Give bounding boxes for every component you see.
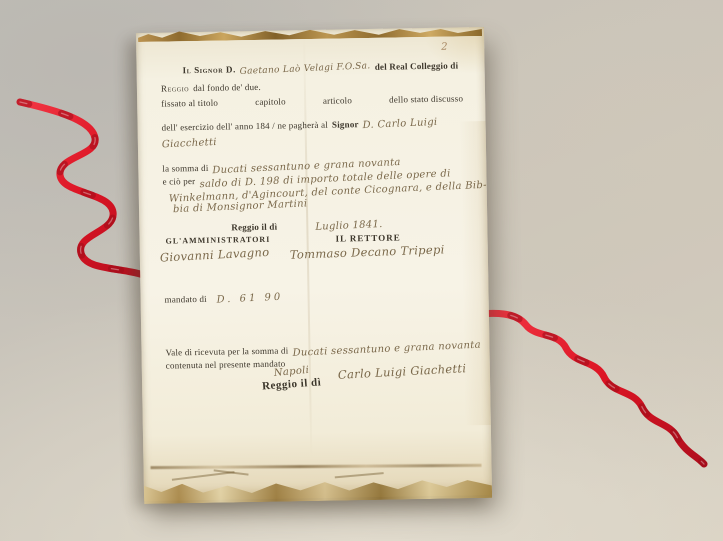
handwritten-payee: D. Carlo Luigi: [362, 117, 437, 131]
field-stato-discusso: dello stato discusso: [389, 93, 463, 104]
printed-city: Reggio: [161, 83, 189, 93]
administrators-label: GL'AMMINISTRATORI: [165, 235, 270, 246]
field-capitolo: capitolo: [255, 96, 286, 107]
receipt-place-printed: Reggio il dì: [262, 374, 321, 393]
printed-place-date: Reggio il dì: [231, 222, 277, 233]
handwritten-name: Gaetano Laò Velagi F.O.Sa.: [240, 61, 371, 77]
field-articolo: articolo: [323, 95, 352, 106]
printed-signor: Signor: [332, 119, 359, 129]
bottom-fold-crease: [150, 464, 481, 469]
handwritten-sum-repeat: Ducati sessantuno e grana novanta: [292, 340, 481, 359]
payee-receipt-signature: Carlo Luigi Giachetti: [338, 361, 467, 381]
printed-text: dell' esercizio dell' anno 184 / ne pagh…: [162, 120, 329, 133]
administrator-signature: Giovanni Lavagno: [160, 245, 270, 265]
mandate-amount-line: mandato di D. 61 90: [164, 288, 283, 308]
printed-text: contenuta nel presente mandato: [166, 359, 286, 371]
historical-document-page: 2 Il Signor D. Gaetano Laò Velagi F.O.Sa…: [136, 27, 492, 501]
handwritten-date: Luglio 1841.: [315, 219, 383, 233]
receipt-line-2: contenuta nel presente mandato: [166, 354, 286, 374]
printed-text: dal fondo de' due.: [193, 82, 261, 93]
page-number: 2: [441, 42, 448, 53]
scene-background: 2 Il Signor D. Gaetano Laò Velagi F.O.Sa…: [0, 0, 723, 541]
rector-signature: Tommaso Decano Tripepi: [290, 242, 445, 263]
fund-line: Reggio dal fondo de' due.: [161, 77, 261, 97]
handwritten-reason: bia di Monsignor Martini: [173, 198, 308, 215]
paper-crease: [335, 472, 384, 478]
reason-line-3: bia di Monsignor Martini: [173, 195, 308, 215]
field-titolo: fissato al titolo: [161, 98, 218, 109]
printed-label: mandato di: [165, 294, 207, 305]
paper-stain: [460, 121, 491, 426]
printed-text: Il Signor D.: [183, 64, 236, 75]
payee-surname-line: Giacchetti: [162, 133, 217, 152]
printed-text: del Real Colleggio di: [375, 60, 459, 71]
handwritten-surname: Giacchetti: [162, 137, 217, 150]
ribbon-right-curl: [470, 313, 704, 464]
handwritten-amount: D. 61 90: [217, 292, 284, 306]
